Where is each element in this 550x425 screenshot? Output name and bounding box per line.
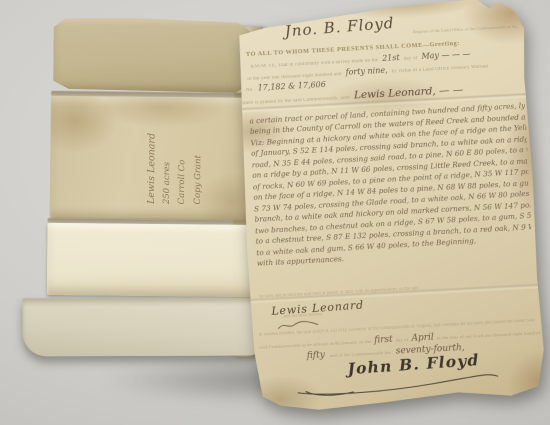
docket-line-county: Carroll Co [178, 92, 188, 204]
folio-panel-top [53, 17, 250, 93]
survey-day-handwritten: 21st [382, 53, 400, 63]
top-signature: Jno. B. Floyd [284, 14, 395, 41]
grant-year-handwritten: fifty [307, 350, 326, 361]
folio-panel-docket: Lewis Leonard 250 acres Carroll Co Copy … [50, 96, 253, 220]
folded-letter: Lewis Leonard Lewis Leonard 250 acres Ca… [36, 11, 270, 365]
grant-shadow-wrap: Jno. B. Floyd Register of the Land Offic… [234, 0, 547, 413]
by-virtue-printed-text: by virtue of a Land Office Treasury Warr… [392, 64, 489, 74]
docket-line-type: Copy Grant [194, 92, 204, 204]
metes-and-bounds-body: a certain tract or parcel of land, conta… [249, 101, 533, 269]
folio-panel-blank [47, 223, 254, 297]
warrant-no-printed-text: No. [246, 88, 254, 93]
register-note: Register of the Land Office of the Commo… [413, 24, 519, 36]
grant-document: Jno. B. Floyd Register of the Land Offic… [234, 0, 547, 413]
day-of-printed-text: day of [396, 337, 409, 343]
survey-year-handwritten: forty nine, [345, 66, 387, 77]
photo-backdrop: Lewis Leonard Lewis Leonard 250 acres Ca… [0, 0, 550, 425]
grant-month-handwritten: April [411, 333, 434, 344]
survey-month-handwritten: May — — — [421, 49, 471, 61]
docket-line-acres: 250 acres [162, 92, 172, 204]
docket-line-name: Lewis Leonard [147, 92, 157, 204]
day-of-printed-text: day of [404, 56, 418, 62]
docket-block: Lewis Leonard 250 acres Carroll Co Copy … [147, 92, 204, 205]
grant-day-handwritten: first [374, 335, 393, 346]
folio-panel-bottom [22, 297, 262, 356]
year-of-lord-printed-text: in the year of our Lord one thousand eig… [437, 330, 549, 341]
